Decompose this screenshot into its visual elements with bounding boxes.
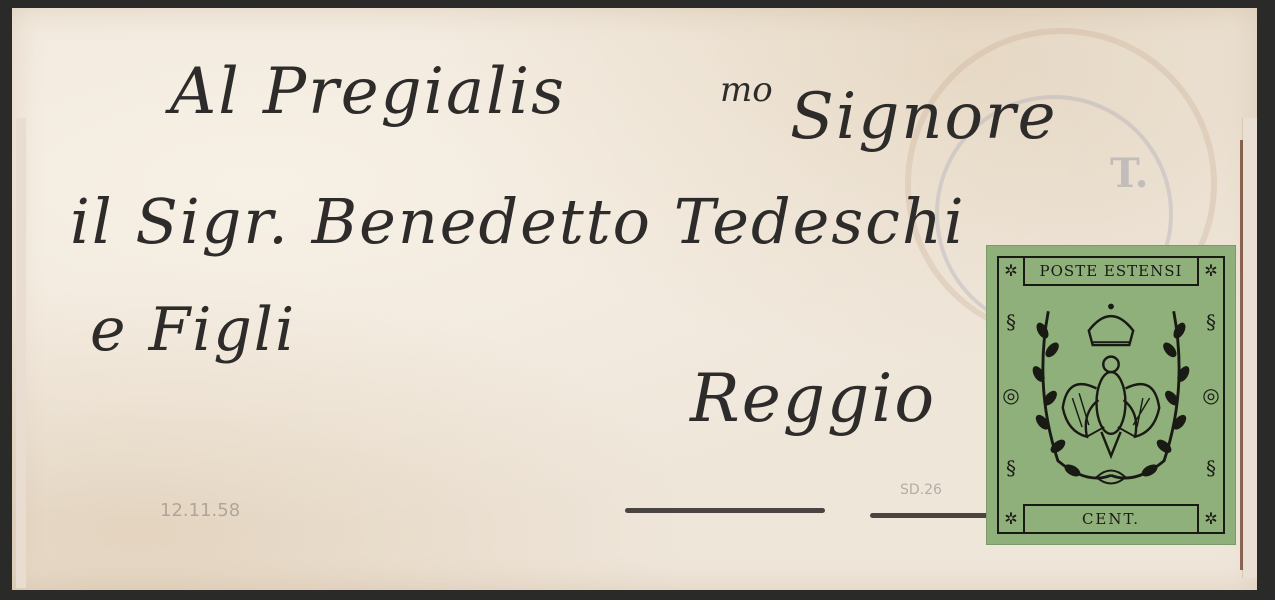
postmark-text: T. [1110, 150, 1149, 197]
corner-ornament-icon: ✲ [1000, 507, 1022, 531]
address-line-salutation: Al Pregialis [170, 55, 566, 129]
scroll-icon: ◎ [1200, 383, 1222, 407]
scroll-icon: § [1000, 456, 1022, 480]
corner-ornament-icon: ✲ [1000, 259, 1022, 283]
side-scroll-ornament-right: § ◎ § [1200, 286, 1222, 504]
city-underline-right [870, 513, 990, 518]
corner-ornament-icon: ✲ [1200, 259, 1222, 283]
paper-fold-right [1242, 118, 1257, 578]
scroll-icon: ◎ [1000, 383, 1022, 407]
stamp-header: POSTE ESTENSI [1023, 258, 1199, 286]
address-line-city: Reggio [690, 360, 936, 437]
ink-margin-line [1240, 140, 1243, 570]
address-line-company: e Figli [90, 295, 296, 365]
pencil-note-code: SD.26 [900, 482, 942, 498]
scroll-icon: § [1200, 456, 1222, 480]
stamp-footer: CENT. [1023, 504, 1199, 532]
address-line-title: Signore [790, 80, 1058, 154]
pencil-note-date: 12.11.58 [160, 500, 240, 521]
scroll-icon: § [1200, 310, 1222, 334]
city-underline-left [625, 508, 825, 513]
address-superscript: mo [720, 70, 773, 110]
corner-ornament-icon: ✲ [1200, 507, 1222, 531]
stamp-frame: POSTE ESTENSI CENT. ✲ ✲ ✲ ✲ § ◎ § § ◎ § [997, 256, 1225, 534]
paper-fold-left [16, 118, 26, 588]
eagle-crown-emblem-icon [1029, 292, 1193, 495]
side-scroll-ornament-left: § ◎ § [1000, 286, 1022, 504]
address-line-recipient: il Sigr. Benedetto Tedeschi [70, 185, 966, 258]
scroll-icon: § [1000, 310, 1022, 334]
postage-stamp: POSTE ESTENSI CENT. ✲ ✲ ✲ ✲ § ◎ § § ◎ § [987, 246, 1235, 544]
